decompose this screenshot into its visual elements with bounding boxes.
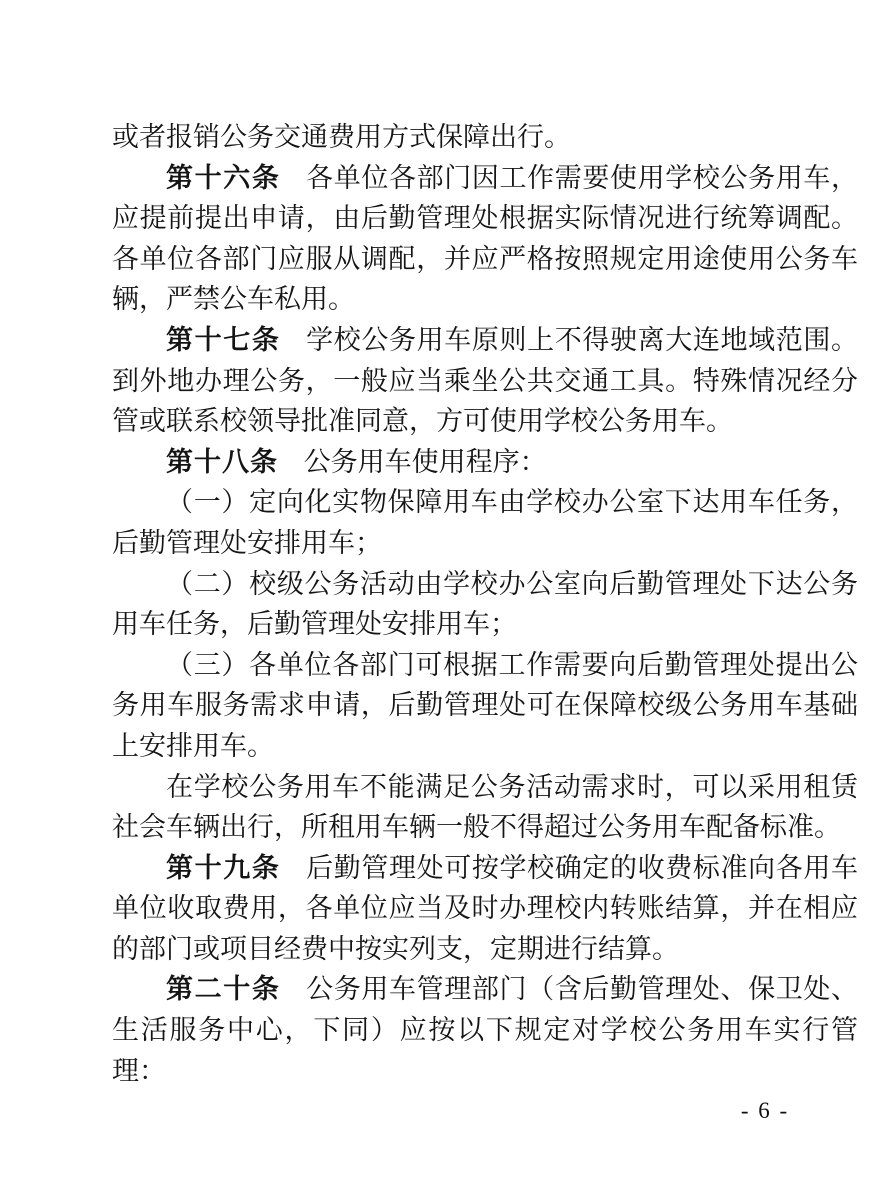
page-number: - 6 - bbox=[703, 1097, 827, 1125]
document-page: 或者报销公务交通费用方式保障出行。 第十六条各单位各部门因工作需要使用学校公务用… bbox=[0, 0, 882, 1194]
paragraph-text: （一）定向化实物保障用车由学校办公室下达用车任务，后勤管理处安排用车； bbox=[112, 487, 858, 558]
paragraph-text: 在学校公务用车不能满足公务活动需求时，可以采用租赁社会车辆出行，所租用车辆一般不… bbox=[112, 772, 858, 843]
paragraph: 第十八条公务用车使用程序： bbox=[112, 442, 858, 483]
paragraph: 第十七条学校公务用车原则上不得驶离大连地域范围。到外地办理公务，一般应当乘坐公共… bbox=[112, 320, 858, 442]
article-number: 第十六条 bbox=[166, 163, 281, 193]
paragraph: 第二十条公务用车管理部门（含后勤管理处、保卫处、生活服务中心，下同）应按以下规定… bbox=[112, 969, 858, 1091]
paragraph-text: 或者报销公务交通费用方式保障出行。 bbox=[112, 122, 571, 152]
paragraph-text: （二）校级公务活动由学校办公室向后勤管理处下达公务用车任务，后勤管理处安排用车； bbox=[112, 569, 858, 640]
article-number: 第十七条 bbox=[166, 325, 281, 355]
paragraph: （一）定向化实物保障用车由学校办公室下达用车任务，后勤管理处安排用车； bbox=[112, 482, 858, 563]
paragraph-text: （三）各单位各部门可根据工作需要向后勤管理处提出公务用车服务需求申请，后勤管理处… bbox=[112, 650, 858, 761]
document-body: 或者报销公务交通费用方式保障出行。 第十六条各单位各部门因工作需要使用学校公务用… bbox=[112, 117, 858, 1091]
article-number: 第十八条 bbox=[166, 447, 278, 477]
paragraph: 第十九条后勤管理处可按学校确定的收费标准向各用车单位收取费用，各单位应当及时办理… bbox=[112, 848, 858, 970]
paragraph: （二）校级公务活动由学校办公室向后勤管理处下达公务用车任务，后勤管理处安排用车； bbox=[112, 564, 858, 645]
paragraph: 或者报销公务交通费用方式保障出行。 bbox=[112, 117, 858, 158]
paragraph: 第十六条各单位各部门因工作需要使用学校公务用车，应提前提出申请，由后勤管理处根据… bbox=[112, 158, 858, 320]
article-number: 第二十条 bbox=[166, 974, 281, 1004]
article-number: 第十九条 bbox=[166, 853, 281, 883]
paragraph-text: 公务用车使用程序： bbox=[304, 447, 547, 477]
paragraph: （三）各单位各部门可根据工作需要向后勤管理处提出公务用车服务需求申请，后勤管理处… bbox=[112, 645, 858, 767]
paragraph: 在学校公务用车不能满足公务活动需求时，可以采用租赁社会车辆出行，所租用车辆一般不… bbox=[112, 767, 858, 848]
